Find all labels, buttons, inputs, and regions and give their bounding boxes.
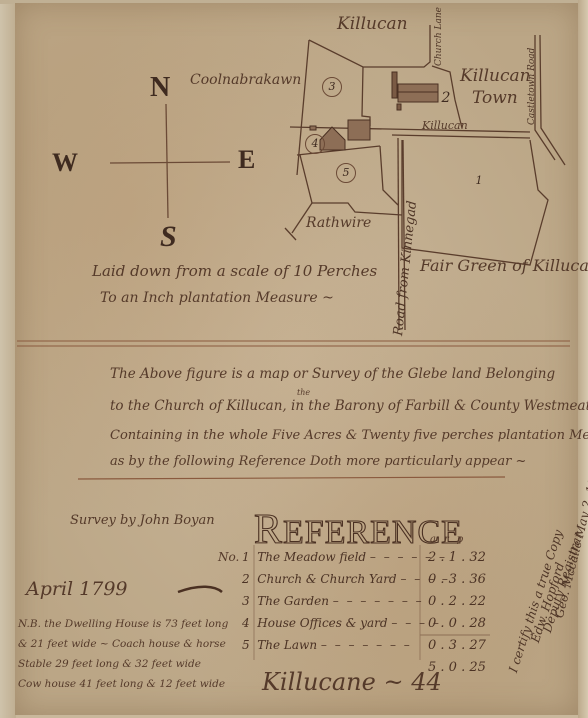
reference-title: REFERENCE	[254, 506, 463, 554]
compass-west-label: W	[52, 148, 78, 178]
reference-row-4: 4 House Offices & yard – – – –	[242, 616, 441, 630]
survey-date: April 1799	[26, 578, 128, 600]
parcel-marker-3: 3	[322, 77, 342, 97]
reference-row-3: 3 The Garden – – – – – – –	[242, 594, 424, 608]
reference-row-4-value: 0 . 0 . 28	[428, 616, 486, 631]
compass-east-label: E	[238, 145, 255, 175]
compass-south-label: S	[160, 220, 177, 254]
reference-row-1-value: 2 . 1 . 32	[428, 550, 486, 565]
scale-note-line2: To an Inch plantation Measure ~	[100, 290, 334, 306]
label-church-lane: Church Lane	[434, 7, 444, 66]
parcel-marker-1: 1	[469, 171, 489, 191]
reference-row-3-value: 0 . 2 . 22	[428, 594, 486, 609]
reference-no-label: No.	[218, 550, 239, 564]
description-underline	[78, 477, 505, 479]
compass-east-west-line	[110, 162, 230, 163]
parcel-marker-4: 4	[305, 134, 325, 154]
description-line4: as by the following Reference Doth more …	[110, 454, 526, 469]
label-castletown-road: Castletown Road	[527, 48, 537, 125]
survey-note-line1: N.B. the Dwelling House is 73 feet long	[18, 618, 228, 630]
reference-row-2: 2 Church & Church Yard – – – –	[242, 572, 450, 586]
reference-row-2-value: 0 . 3 . 36	[428, 572, 486, 587]
parcel-marker-5: 5	[336, 163, 356, 183]
label-coolnabrakawn: Coolnabrakawn	[190, 72, 301, 88]
survey-credit: Survey by John Boyan	[70, 513, 215, 528]
label-killucan-town-line2: Town	[472, 88, 518, 108]
label-killucan-town-line1: Killucan	[460, 66, 531, 86]
description-superscript: the	[297, 388, 310, 397]
label-fair-green: Fair Green of Killucan	[420, 256, 588, 275]
description-line1: The Above figure is a map or Survey of t…	[110, 366, 555, 382]
reference-row-5-value: 0 . 3 . 27	[428, 638, 486, 653]
label-killucan-north: Killucan	[337, 14, 408, 34]
scale-note-line1: Laid down from a scale of 10 Perches	[92, 262, 377, 280]
survey-note-line2: & 21 feet wide ~ Coach house & horse	[18, 638, 226, 650]
reference-footer-killucane: Killucane ~ 44	[262, 668, 442, 696]
parcel-marker-2: 2	[436, 88, 456, 108]
compass-north-south-line	[166, 104, 168, 218]
survey-note-line4: Cow house 41 feet long & 12 feet wide	[18, 678, 225, 690]
description-line3: Containing in the whole Five Acres & Twe…	[110, 428, 588, 443]
description-line2: to the Church of Killucan, in the Barony…	[110, 398, 588, 414]
reference-column-headers: arp	[430, 534, 471, 545]
reference-row-1: 1 The Meadow field – – – – – –	[242, 550, 447, 564]
label-killucan-road: Killucan	[422, 119, 468, 132]
reference-row-5: 5 The Lawn – – – – – – –	[242, 638, 412, 652]
compass-north-label: N	[150, 72, 170, 104]
survey-note-line3: Stable 29 feet long & 32 feet wide	[18, 658, 201, 670]
label-rathwire: Rathwire	[306, 215, 371, 231]
